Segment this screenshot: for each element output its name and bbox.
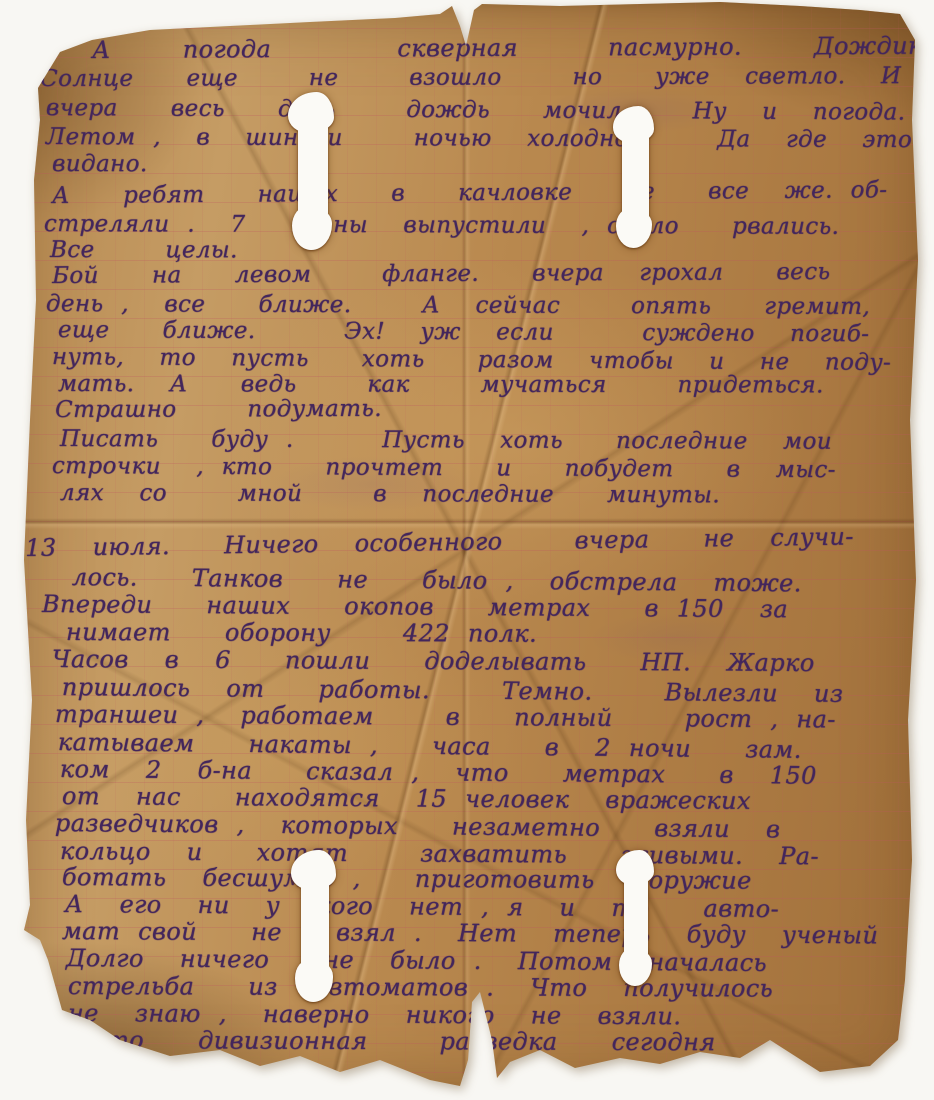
torn-hole-bottom-right: [612, 850, 664, 986]
letter-line: лях со мной в последние минуты.: [60, 480, 720, 508]
letter-line: Летом , в шинели ночью холодно Да где эт…: [46, 124, 912, 153]
letter-line: день , все ближе. А сейчас опять гремит,: [46, 291, 870, 320]
letter-line: еще ближе. Эх! уж если суждено погиб-: [58, 317, 870, 347]
letter-line: Бой на левом фланге. вчера грохал весь: [52, 259, 830, 289]
letter-line: нимает оборону 422 полк.: [66, 618, 537, 648]
letter-line: Писать буду . Пусть хоть последние мои: [60, 426, 832, 455]
letter-line: Зато дивизионная разведка сегодня: [76, 1026, 716, 1056]
letter-line: А погода скверная пасмурно. Дождик: [92, 32, 923, 64]
handwriting-lines: А погода скверная пасмурно. ДождикСолнце…: [0, 0, 934, 1100]
letter-line: стрельба из автоматов . Что получилось: [68, 972, 773, 1002]
letter-line: Часов в 6 пошли доделывать НП. Жарко: [52, 645, 815, 677]
letter-line: строчки , кто прочтет и побудет в мыс-: [52, 453, 836, 483]
letter-line: мать. А ведь как мучаться придеться.: [58, 371, 824, 398]
torn-hole-top-left: [283, 92, 347, 250]
torn-hole-top-right: [608, 106, 666, 248]
letter-line: Все целы.: [50, 237, 238, 263]
letter-line: вчера весь день дождь мочил Ну и погода.: [46, 95, 906, 125]
letter-line: Солнце еще не взошло но уже светло. И: [40, 63, 901, 92]
letter-line: 13 июля. Ничего особенного вчера не случ…: [25, 522, 854, 562]
letter-line: стреляли . 7 мины выпустили , около рвал…: [44, 211, 839, 240]
torn-hole-bottom-left: [286, 850, 348, 1002]
letter-paper: А погода скверная пасмурно. ДождикСолнце…: [0, 0, 934, 1100]
paper-shadow-wrap: А погода скверная пасмурно. ДождикСолнце…: [0, 0, 934, 1100]
letter-line: видано.: [52, 151, 148, 177]
letter-line: А ребят наших в качловке не все же. об-: [52, 177, 887, 209]
scanned-letter: А погода скверная пасмурно. ДождикСолнце…: [0, 0, 934, 1100]
letter-line: Страшно подумать.: [55, 396, 382, 423]
